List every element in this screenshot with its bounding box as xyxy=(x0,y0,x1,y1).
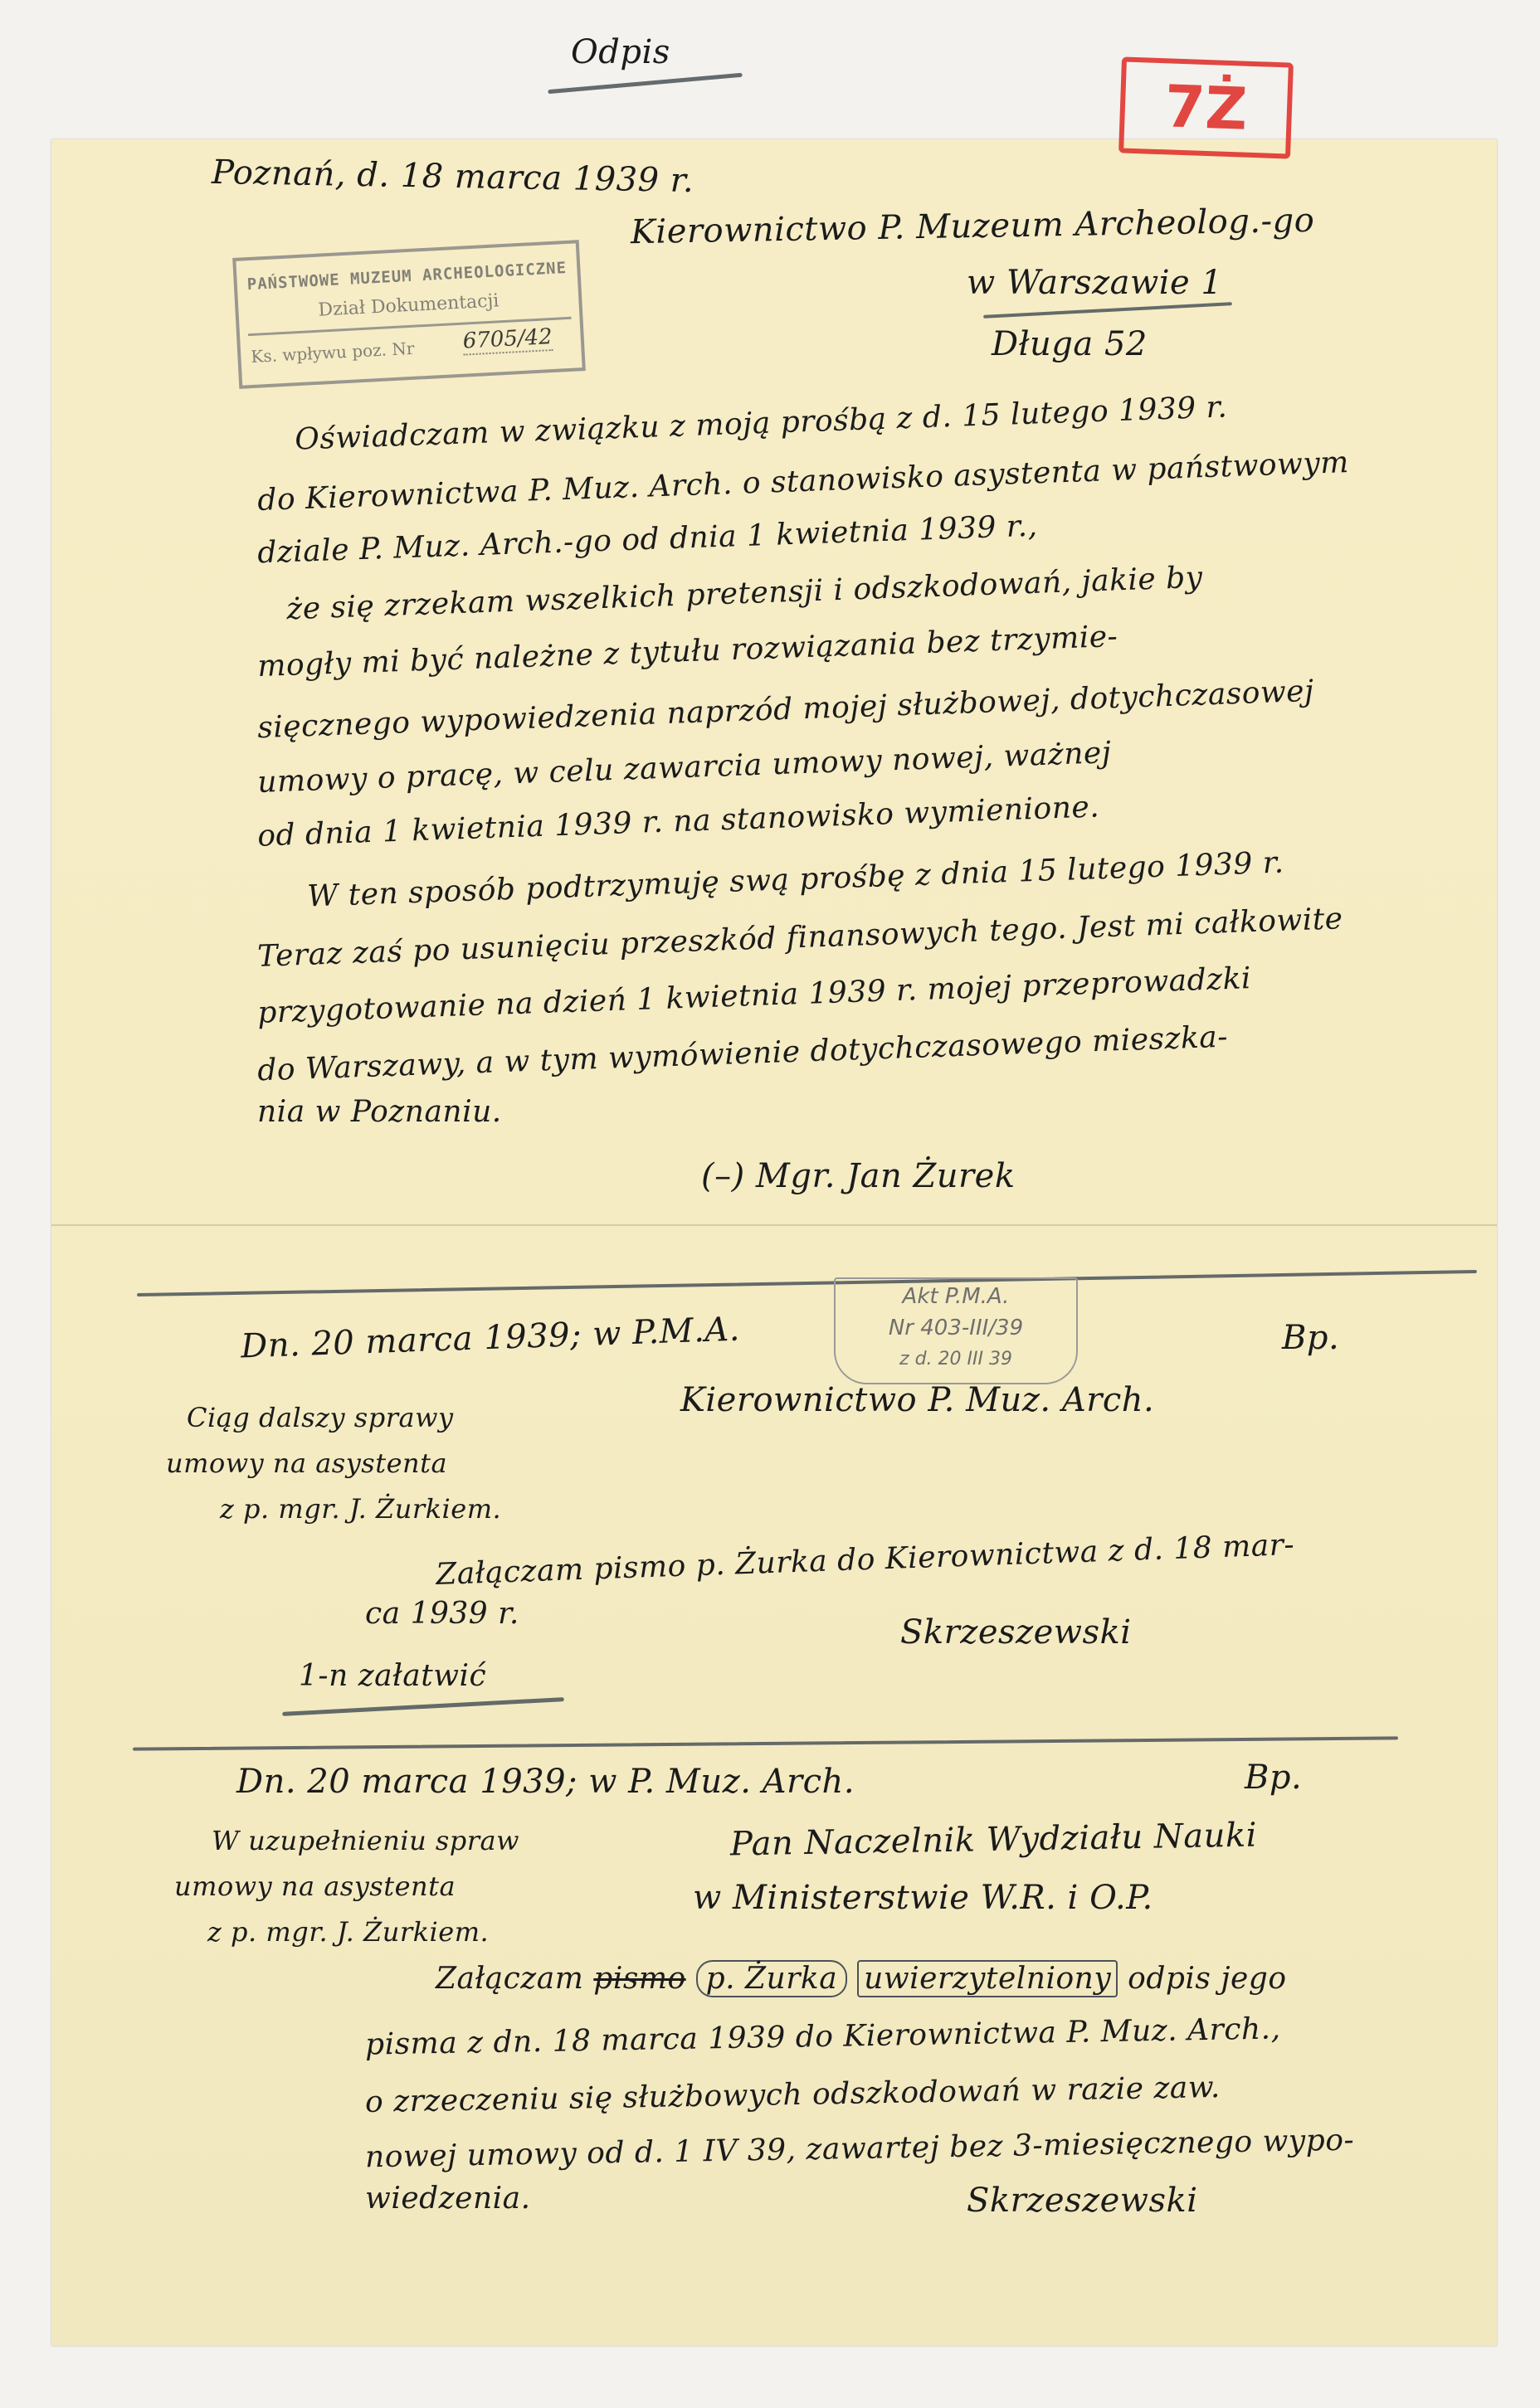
section2-body-line: ca 1939 r. xyxy=(365,1597,519,1631)
paper-fold-line xyxy=(51,1224,1497,1226)
file-ref-line-2: Nr 403-III/39 xyxy=(836,1316,1076,1340)
section2-margin-note-3: z p. mgr. J. Żurkiem. xyxy=(220,1493,501,1525)
pencil-file-reference-box: Akt P.M.A. Nr 403-III/39 z d. 20 III 39 xyxy=(834,1277,1078,1384)
section3-bp-mark: Bp. xyxy=(1245,1759,1302,1797)
stamp-register-label: Ks. wpływu poz. Nr xyxy=(251,338,415,367)
red-pencil-mark: 7Ż xyxy=(1118,56,1294,158)
addressee-line-2: w Warszawie 1 xyxy=(967,264,1222,302)
signature-zurek: (–) Mgr. Jan Żurek xyxy=(701,1157,1016,1195)
section3-body-line: wiedzenia. xyxy=(365,2182,531,2216)
section3-body-line-1: Załączam pismo p. Żurka uwierzytelniony … xyxy=(436,1962,1287,1996)
section2-addressee: Kierownictwo P. Muz. Arch. xyxy=(680,1381,1154,1419)
museum-stamp: PAŃSTWOWE MUZEUM ARCHEOLOGICZNE Dział Do… xyxy=(232,240,586,389)
header-underline xyxy=(548,73,743,94)
section3-margin-note-1: W uzupełnieniu spraw xyxy=(212,1825,519,1856)
stamp-museum-name: PAŃSTWOWE MUZEUM ARCHEOLOGICZNE xyxy=(246,259,567,294)
body-line: nia w Poznaniu. xyxy=(257,1095,502,1129)
section2-margin-note-2: umowy na asystenta xyxy=(166,1447,447,1479)
section2-bp-mark: Bp. xyxy=(1282,1319,1339,1357)
copy-header: Odpis xyxy=(571,33,670,71)
struck-text: pismo xyxy=(593,1962,685,1996)
section3-margin-note-2: umowy na asystenta xyxy=(174,1870,456,1902)
file-ref-line-1: Akt P.M.A. xyxy=(836,1284,1076,1309)
body-text: Załączam xyxy=(436,1962,583,1996)
section3-addressee-2: w Ministerstwie W.R. i O.P. xyxy=(693,1879,1153,1917)
section2-margin-note-1: Ciąg dalszy sprawy xyxy=(187,1402,454,1433)
section3-date-line: Dn. 20 marca 1939; w P. Muz. Arch. xyxy=(236,1763,855,1801)
red-mark-text: 7Ż xyxy=(1163,72,1248,143)
file-ref-line-3: z d. 20 III 39 xyxy=(836,1349,1076,1369)
section3-margin-note-3: z p. mgr. J. Żurkiem. xyxy=(207,1916,489,1948)
body-text: odpis jego xyxy=(1128,1962,1286,1996)
signature-skrzeszewski-1: Skrzeszewski xyxy=(900,1613,1132,1652)
circled-text: p. Żurka xyxy=(696,1960,848,1997)
stamp-register-number: 6705/42 xyxy=(462,324,553,356)
signature-skrzeszewski-2: Skrzeszewski xyxy=(967,2182,1198,2220)
boxed-insertion: uwierzytelniony xyxy=(857,1960,1118,1997)
action-note: 1-n załatwić xyxy=(299,1659,486,1693)
addressee-line-3: Długa 52 xyxy=(992,325,1148,363)
